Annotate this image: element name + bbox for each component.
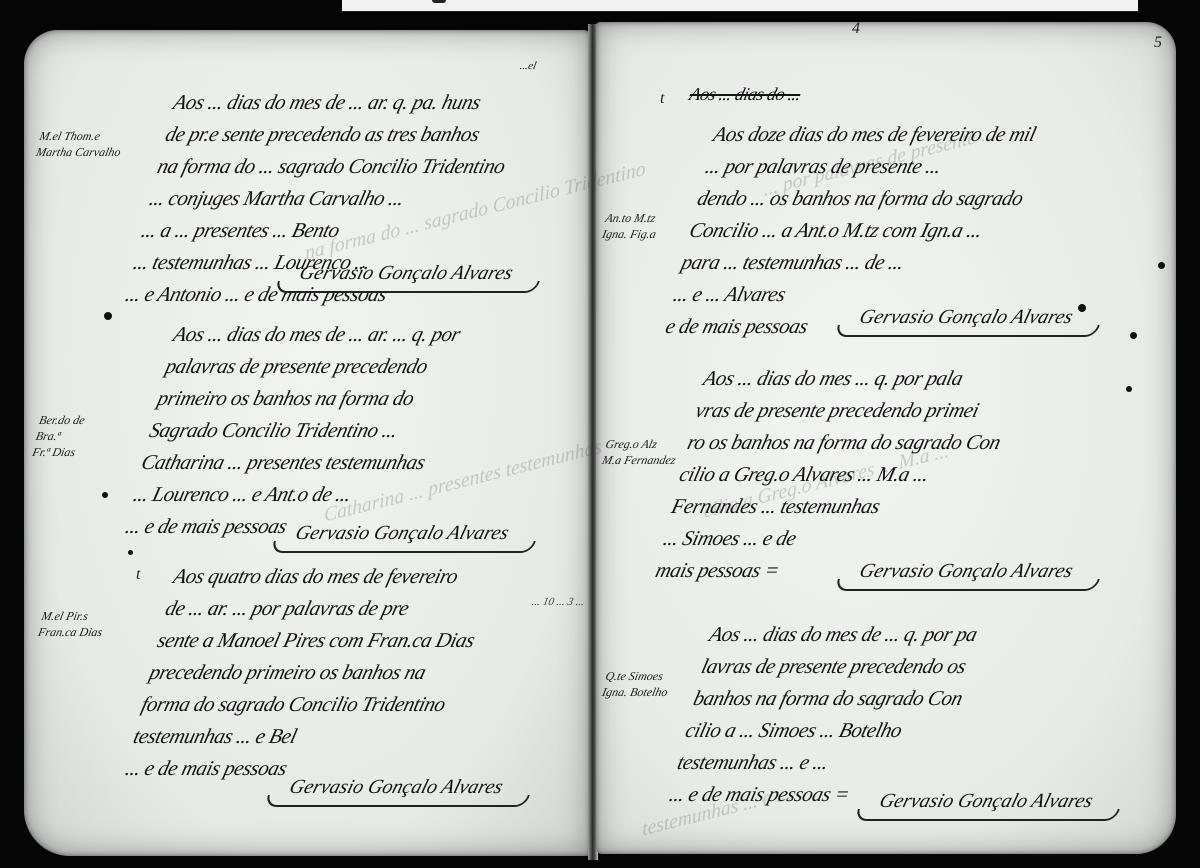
gutter-mark: 4 <box>852 20 860 38</box>
margin-names: Greg.o Alz M.a Fernandez <box>601 436 681 468</box>
folio-number: 5 <box>1154 34 1162 52</box>
register-entry: Aos quatro dias do mes de fevereiro de .… <box>122 560 578 784</box>
margin-names: M.el Thom.e Martha Carvalho <box>35 128 126 160</box>
ink-blot <box>1078 304 1086 312</box>
priest-signature: Gervasio Gonçalo Alvares <box>877 790 1096 813</box>
priest-signature: Gervasio Gonçalo Alvares <box>857 560 1076 583</box>
corner-note: ...el <box>518 58 538 74</box>
priest-signature: Gervasio Gonçalo Alvares <box>857 306 1076 329</box>
margin-names: An.to M.tz Igna. Fig.a <box>601 210 661 242</box>
priest-signature: Gervasio Gonçalo Alvares <box>287 776 506 799</box>
label-mark <box>432 0 446 3</box>
ink-blot <box>1130 332 1137 339</box>
margin-names: Q.te Simoes Igna. Botelho <box>601 668 673 700</box>
ink-blot <box>128 550 133 555</box>
heading-marker: t <box>660 90 664 108</box>
side-annotation: ... 10 ... 3 ... <box>530 594 586 610</box>
ink-blot <box>104 312 112 320</box>
ink-blot <box>1158 262 1165 269</box>
struck-heading: Aos ... dias do ... <box>686 78 804 110</box>
margin-names: M.el Pir.s Fran.ca Dias <box>37 608 108 640</box>
priest-signature: Gervasio Gonçalo Alvares <box>297 262 516 285</box>
ink-blot <box>102 492 108 498</box>
archive-label-strip <box>342 0 1138 12</box>
register-entry: Aos ... dias do mes ... q. por pala vras… <box>652 362 1128 586</box>
entry-marker: t <box>136 566 140 584</box>
register-entry: Aos ... dias do mes de ... q. por pa lav… <box>666 618 1134 810</box>
priest-signature: Gervasio Gonçalo Alvares <box>293 522 512 545</box>
register-entry: Aos ... dias do mes de ... ar. ... q. po… <box>122 318 578 542</box>
ink-blot <box>1126 386 1132 392</box>
